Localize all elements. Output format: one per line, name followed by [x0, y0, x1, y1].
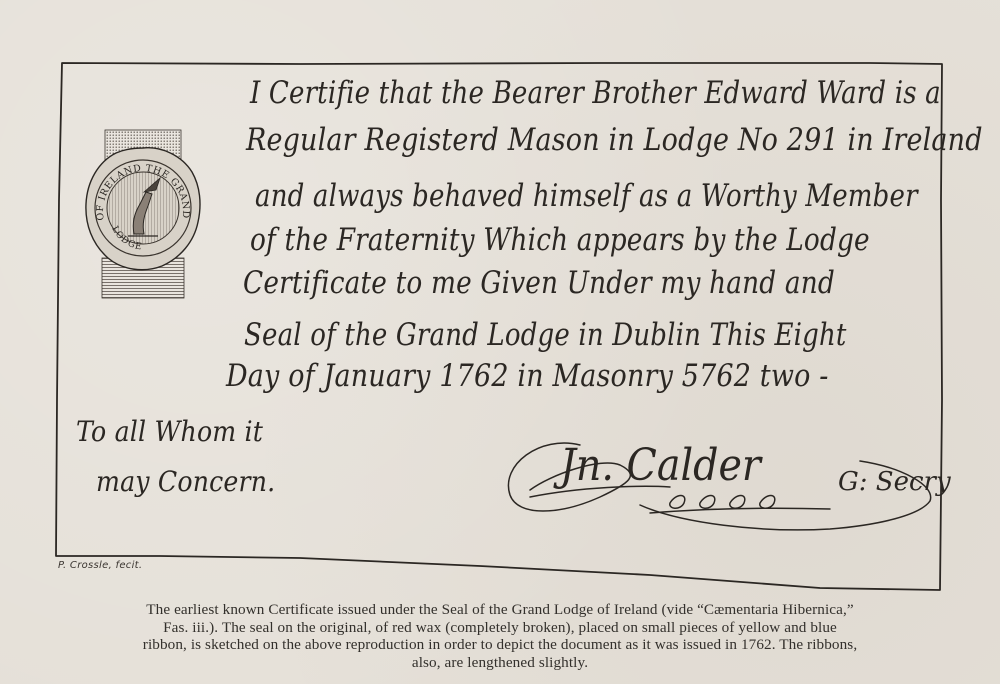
- engraver-credit: P. Crossle, fecit.: [58, 560, 142, 571]
- signature-title: G: Secry: [838, 467, 951, 497]
- certificate-line-5: Certificate to me Given Under my hand an…: [243, 265, 835, 301]
- caption-line-1: The earliest known Certificate issued un…: [40, 601, 960, 619]
- certificate-line-6: Seal of the Grand Lodge in Dublin This E…: [244, 317, 847, 353]
- address-line-1: To all Whom it: [76, 415, 263, 448]
- certificate-line-7: Day of January 1762 in Masonry 5762 two …: [226, 358, 829, 394]
- caption-line-3: ribbon, is sketched on the above reprodu…: [40, 636, 960, 654]
- certificate-line-3: and always behaved himself as a Worthy M…: [255, 178, 918, 214]
- seal-icon: OF IRELAND THE GRAND LODGE: [82, 128, 204, 300]
- certificate-line-2: Regular Registerd Mason in Lodge No 291 …: [246, 122, 983, 158]
- signature-name: Jn. Calder: [560, 440, 761, 491]
- certificate-line-4: of the Fraternity Which appears by the L…: [250, 222, 870, 258]
- certificate-line-1: I Certifie that the Bearer Brother Edwar…: [250, 75, 941, 111]
- address-line-2: may Concern.: [96, 465, 275, 498]
- caption-line-4: also, are lengthened slightly.: [40, 654, 960, 672]
- caption-line-2: Fas. iii.). The seal on the original, of…: [40, 619, 960, 637]
- grand-lodge-seal: OF IRELAND THE GRAND LODGE: [82, 128, 204, 300]
- figure-caption: The earliest known Certificate issued un…: [40, 601, 960, 671]
